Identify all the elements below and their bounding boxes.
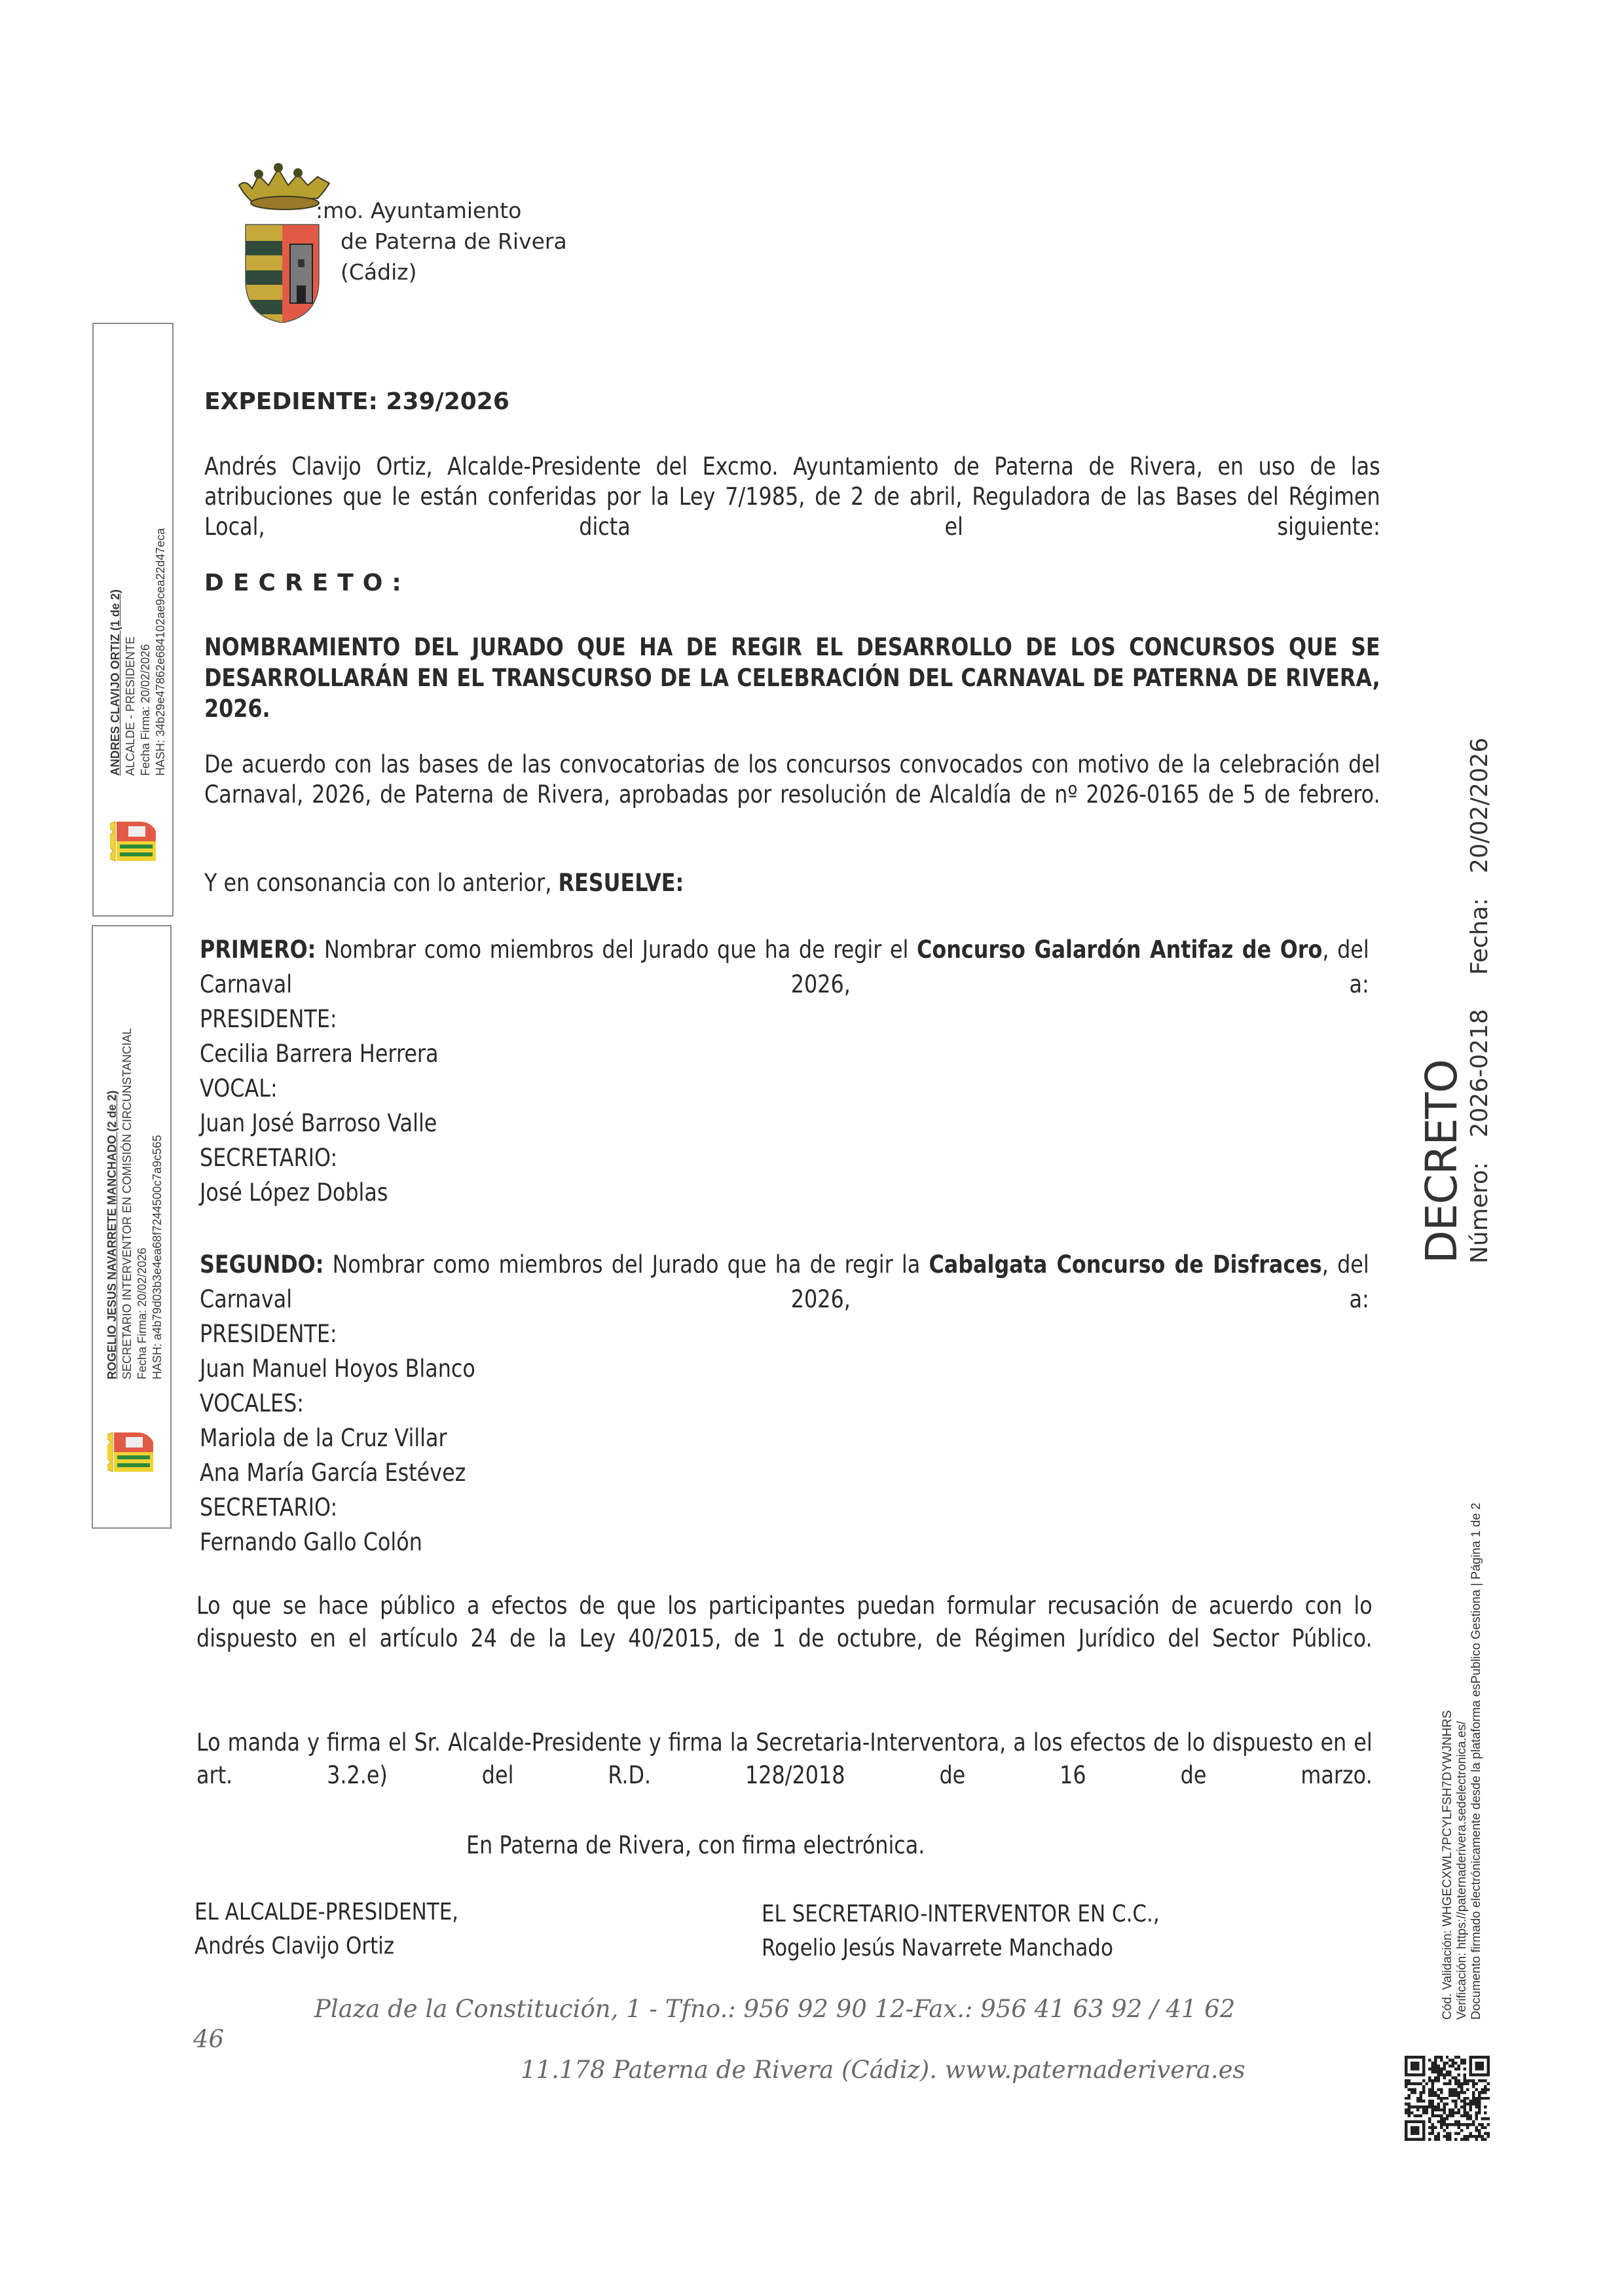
resuelve-keyword: RESUELVE: [558,869,684,897]
decree-stamp: DECRETO Número: 2026-0218Fecha: 20/02/20… [1420,704,1493,1264]
signature-stamp-mayor: ANDRES CLAVIJO ORTIZ (1 de 2) ALCALDE - … [92,323,174,917]
signer-order: (2 de 2) [105,1091,119,1135]
decree-type: DECRETO [1420,704,1464,1264]
resuelve-line: Y en consonancia con lo anterior, RESUEL… [204,869,762,897]
signature-block-mayor: EL ALCALDE-PRESIDENTE, Andrés Clavijo Or… [194,1895,502,1963]
place-text: En Paterna de Rivera, con firma electrón… [466,1831,925,1859]
signature-stamp-text: ANDRES CLAVIJO ORTIZ (1 de 2) ALCALDE - … [108,528,168,776]
mayor-name: Andrés Clavijo Ortiz [194,1929,458,1963]
signature-stamp-text: ROGELIO JESUS NAVARRETE MANCHADO (2 de 2… [105,1028,165,1379]
jury-role: SECRETARIO: [200,1140,1369,1175]
qr-code-icon[interactable] [1405,2056,1490,2141]
signature-hash: HASH: a4b79d03b3e4ea68f7244500c7a9c565 [150,1028,165,1379]
segundo-text-1: Nombrar como miembros del Jurado que ha … [323,1250,929,1279]
signer-role: ALCALDE - PRESIDENTE [123,528,138,776]
segundo-members: PRESIDENTE:Juan Manuel Hoyos BlancoVOCAL… [200,1317,1369,1559]
manda-text: Lo manda y firma el Sr. Alcalde-Presiden… [196,1726,1373,1792]
signature-hash: HASH: 34b29e47862e684102ae9cea22d47eca [153,528,168,776]
primero-text-1: Nombrar como miembros del Jurado que ha … [316,936,917,964]
segundo-contest: Cabalgata Concurso de Disfraces [929,1250,1321,1279]
jury-member-name: Ana María García Estévez [200,1455,1369,1490]
organization-name: :mo. Ayuntamiento de Paterna de Rivera (… [316,195,567,287]
decreto-heading: DECRETO: [204,570,411,596]
jury-member-name: Juan José Barroso Valle [200,1106,1369,1140]
decree-number: 2026-0218 [1466,1009,1493,1137]
org-line-3: (Cádiz) [316,257,567,287]
place-signature-line: En Paterna de Rivera, con firma electrón… [466,1831,999,1859]
segundo-label: SEGUNDO: [200,1250,323,1279]
jury-member-name: Fernando Gallo Colón [200,1525,1369,1559]
jury-member-name: Cecilia Barrera Herrera [200,1036,1369,1071]
decree-number-date: Número: 2026-0218Fecha: 20/02/2026 [1467,704,1493,1264]
numero-label: Número: [1466,1162,1493,1264]
primero-contest: Concurso Galardón Antifaz de Oro [917,936,1322,964]
acuerdo-paragraph: De acuerdo con las bases de las convocat… [204,750,1383,810]
section-segundo: SEGUNDO: Nombrar como miembros del Jurad… [200,1247,1372,1559]
resuelve-intro: Y en consonancia con lo anterior, [204,869,558,897]
verification-info: Cód. Validación: WHGECXWL7PCYLFSH7DYWJNH… [1441,1503,1484,2020]
footer-address: Plaza de la Constitución, 1 - Tfno.: 956… [314,1995,1235,2023]
signature-date: Fecha Firma: 20/02/2026 [135,1028,150,1379]
intro-paragraph: Andrés Clavijo Ortiz, Alcalde-Presidente… [204,452,1383,542]
decree-title-text: NOMBRAMIENTO DEL JURADO QUE HA DE REGIR … [204,632,1380,724]
jury-role: PRESIDENTE: [200,1317,1369,1351]
coat-of-arms-icon [110,812,156,871]
primero-paragraph: PRIMERO: Nombrar como miembros del Jurad… [200,932,1369,1002]
jury-role: VOCALES: [200,1386,1369,1421]
signer-order: (1 de 2) [109,589,122,634]
signature-stamp-secretary: ROGELIO JESUS NAVARRETE MANCHADO (2 de 2… [92,925,172,1529]
platform-note: Documento firmado electrónicamente desde… [1469,1503,1484,2020]
jury-member-name: José López Doblas [200,1175,1369,1210]
manda-paragraph: Lo manda y firma el Sr. Alcalde-Presiden… [196,1726,1375,1792]
coat-of-arms-icon [107,1423,153,1482]
expediente-number: EXPEDIENTE: 239/2026 [204,388,509,415]
primero-members: PRESIDENTE:Cecilia Barrera HerreraVOCAL:… [200,1002,1369,1210]
signature-block-secretary: EL SECRETARIO-INTERVENTOR EN C.C., Rogel… [762,1897,1225,1965]
intro-text: Andrés Clavijo Ortiz, Alcalde-Presidente… [204,452,1380,542]
jury-role: VOCAL: [200,1071,1369,1106]
primero-label: PRIMERO: [200,936,316,964]
jury-member-name: Juan Manuel Hoyos Blanco [200,1351,1369,1386]
jury-role: SECRETARIO: [200,1490,1369,1525]
secretary-role: EL SECRETARIO-INTERVENTOR EN C.C., [762,1897,1160,1931]
mayor-role: EL ALCALDE-PRESIDENTE, [194,1895,458,1929]
jury-member-name: Mariola de la Cruz Villar [200,1421,1369,1455]
org-line-1: :mo. Ayuntamiento [316,195,567,226]
secretary-name: Rogelio Jesús Navarrete Manchado [762,1931,1160,1965]
signer-role: SECRETARIO INTERVENTOR EN COMISIÓN CIRCU… [120,1028,135,1379]
segundo-paragraph: SEGUNDO: Nombrar como miembros del Jurad… [200,1247,1369,1317]
verification-url[interactable]: Verificación: https://paternaderivera.se… [1455,1503,1469,2020]
decree-date: 20/02/2026 [1466,738,1493,874]
acuerdo-text: De acuerdo con las bases de las convocat… [204,750,1380,810]
signer-name: ROGELIO JESUS NAVARRETE MANCHADO [105,1135,119,1379]
footer-website: 11.178 Paterna de Rivera (Cádiz). www.pa… [521,2056,1246,2084]
decree-title: NOMBRAMIENTO DEL JURADO QUE HA DE REGIR … [204,632,1383,724]
fecha-label: Fecha: [1466,898,1493,975]
publico-text: Lo que se hace público a efectos de que … [196,1590,1373,1655]
publico-paragraph: Lo que se hace público a efectos de que … [196,1590,1375,1655]
footer-fragment: 46 [193,2025,224,2053]
signature-date: Fecha Firma: 20/02/2026 [138,528,153,776]
jury-role: PRESIDENTE: [200,1002,1369,1036]
section-primero: PRIMERO: Nombrar como miembros del Jurad… [200,932,1372,1210]
org-line-2: de Paterna de Rivera [316,226,567,257]
validation-code: Cód. Validación: WHGECXWL7PCYLFSH7DYWJNH… [1441,1503,1455,2020]
signer-name: ANDRES CLAVIJO ORTIZ [109,634,122,776]
